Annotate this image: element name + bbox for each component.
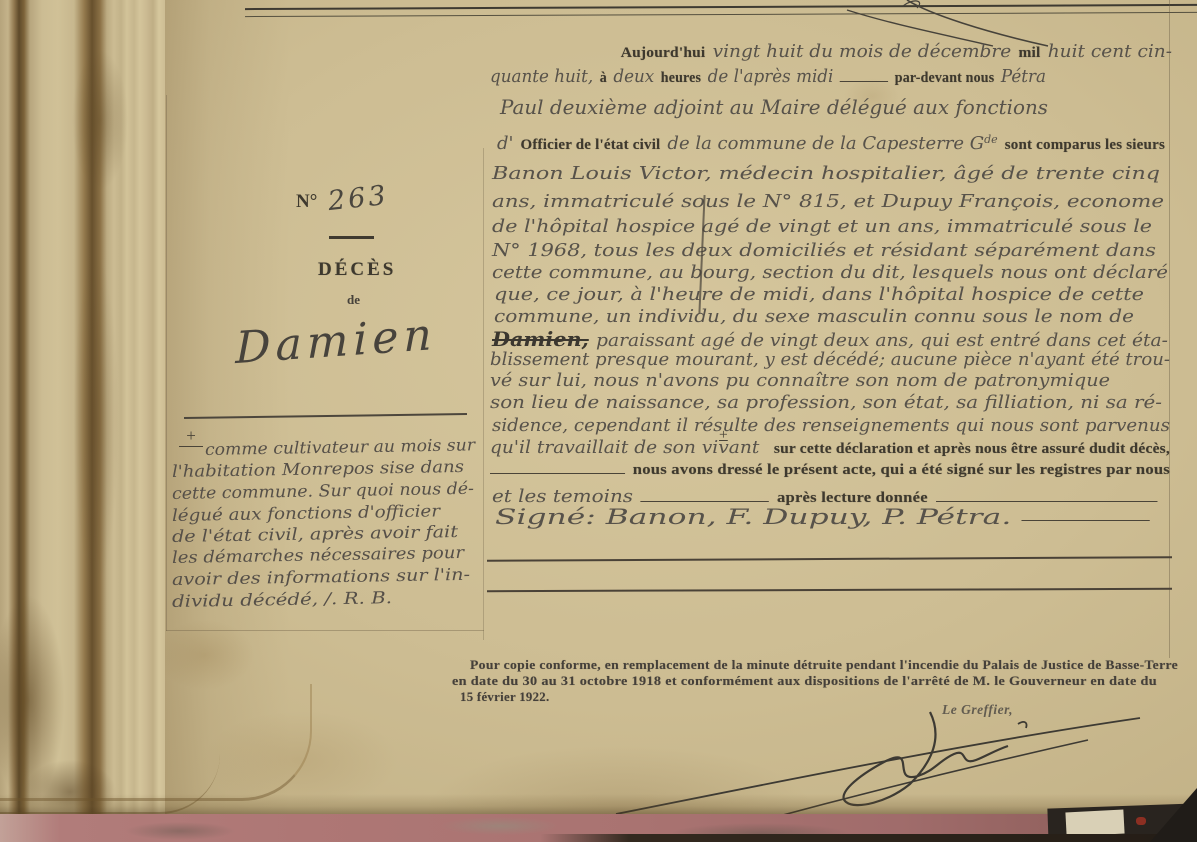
handwritten-text: ans, immatriculé sous le N° 815, et Dupu… — [492, 191, 1164, 212]
certification-line: en date du 30 au 31 octobre 1918 et conf… — [452, 674, 1157, 689]
bottom-dark-strip — [540, 834, 1197, 842]
act-line: blissement presque mourant, y est décédé… — [490, 349, 1170, 370]
blank-line — [840, 81, 888, 82]
closing-rule — [487, 588, 1172, 592]
margin-note-line: cette commune. Sur quoi nous dé- — [172, 479, 474, 503]
handwritten-text: huit cent cin- — [1048, 41, 1172, 62]
act-line: quante huit, à deux heures de l'après mi… — [490, 66, 1046, 87]
printed-text: Officier de l'état civil — [520, 137, 660, 154]
closing-rule — [487, 556, 1172, 562]
handwritten-text: vingt huit du mois de décembre — [713, 41, 1012, 62]
margin-box-bottom-line — [166, 630, 484, 631]
record-number-value: 263 — [327, 180, 390, 217]
greffier-title: Le Greffier, — [942, 702, 1013, 718]
handwritten-text: quante huit, — [490, 66, 593, 87]
printed-text: mil — [1018, 45, 1040, 62]
act-line: de l'hôpital hospice agé de vingt et un … — [492, 216, 1152, 237]
handwritten-text: commune, un individu, du sexe masculin c… — [494, 306, 1134, 327]
blank-line — [936, 501, 1157, 502]
margin-note-line: de l'état civil, après avoir fait — [172, 522, 458, 546]
handwritten-text: deux — [613, 66, 654, 87]
margin-note-line: dividu décédé, /. R. B. — [172, 588, 392, 611]
insertion-mark: + — [179, 426, 203, 447]
handwritten-text: sidence, cependant il résulte des rensei… — [492, 415, 1170, 436]
handwritten-text: Pétra — [1001, 66, 1046, 87]
handwritten-text: cette commune, au bourg, section du dit,… — [492, 262, 1168, 283]
act-line: qu'il travaillait de son vivant + sur ce… — [490, 437, 1170, 458]
act-line: que, ce jour, à l'heure de midi, dans l'… — [494, 284, 1144, 305]
act-type-sub: de — [347, 292, 360, 308]
margin-note-line: l'habitation Monrepos sise dans — [172, 457, 464, 481]
printed-text: nous avons dressé le présent acte, qui a… — [633, 462, 1170, 479]
printed-text: sont comparus les sieurs — [1005, 137, 1165, 154]
binding-cloth-patch — [1065, 809, 1124, 836]
handwritten-text: blissement presque mourant, y est décédé… — [490, 349, 1170, 370]
handwritten-text: et les temoins — [492, 486, 633, 507]
act-line: commune, un individu, du sexe masculin c… — [494, 306, 1134, 327]
printed-text: sur cette déclaration et après nous être… — [774, 441, 1170, 458]
act-line: Signé: Banon, F. Dupuy, P. Pétra. — [495, 505, 1150, 529]
handwritten-text: que, ce jour, à l'heure de midi, dans l'… — [494, 284, 1144, 305]
handwritten-text: paraissant agé de vingt deux ans, qui es… — [596, 330, 1168, 351]
margin-column-line-right — [483, 148, 484, 640]
act-line: et les temoins après lecture donnée — [492, 486, 1157, 507]
act-line: Aujourd'hui vingt huit du mois de décemb… — [490, 41, 1172, 62]
number-rule — [329, 236, 374, 239]
handwritten-text: N° 1968, tous les deux domiciliés et rés… — [492, 240, 1156, 261]
act-line: cette commune, au bourg, section du dit,… — [492, 262, 1168, 283]
page-bottom-edge — [0, 794, 1197, 816]
blank-line — [490, 473, 625, 474]
handwritten-text: Banon Louis Victor, médecin hospitalier,… — [492, 163, 1160, 184]
margin-note-line: les démarches nécessaires pour — [172, 543, 464, 567]
act-line: N° 1968, tous les deux domiciliés et rés… — [492, 240, 1156, 261]
previous-act-closing-rule — [245, 4, 1197, 17]
act-line: d' Officier de l'état civil de la commun… — [497, 133, 1165, 154]
printed-text: par-devant nous — [895, 70, 995, 87]
act-line: Damien, paraissant agé de vingt deux ans… — [492, 327, 1168, 351]
printed-text: à — [600, 70, 607, 87]
act-line: son lieu de naissance, sa profession, so… — [490, 392, 1162, 413]
register-page-scan: N° 263 DÉCÈS de Damien + comme cultivate… — [0, 0, 1197, 842]
certification-line: 15 février 1922. — [460, 690, 550, 705]
act-line: vé sur lui, nous n'avons pu connaître so… — [490, 370, 1110, 391]
handwritten-text: d' — [497, 133, 513, 154]
act-line: ans, immatriculé sous le N° 815, et Dupu… — [492, 191, 1164, 212]
act-line: sidence, cependant il résulte des rensei… — [492, 415, 1170, 436]
superscript: de — [984, 133, 998, 146]
printed-text: Aujourd'hui — [621, 45, 706, 62]
handwritten-text: de l'après midi — [708, 66, 834, 87]
certification-line: Pour copie conforme, en remplacement de … — [470, 658, 1178, 673]
signatures-line: Signé: Banon, F. Dupuy, P. Pétra. — [495, 505, 1011, 529]
handwritten-text: de l'hôpital hospice agé de vingt et un … — [492, 216, 1152, 237]
name-underline — [184, 413, 467, 419]
right-margin-line — [1169, 0, 1170, 658]
printed-text: heures — [661, 70, 701, 87]
binding-red-speck — [1136, 817, 1146, 825]
deceased-name-inline: Damien, — [492, 327, 589, 351]
act-line: Banon Louis Victor, médecin hospitalier,… — [492, 163, 1160, 184]
handwritten-text: de la commune de la Capesterre Gde — [667, 133, 997, 154]
blank-line — [641, 501, 769, 502]
act-line: Paul deuxième adjoint au Maire délégué a… — [500, 95, 1048, 119]
handwritten-text: son lieu de naissance, sa profession, so… — [490, 392, 1162, 413]
margin-note-line: légué aux fonctions d'officier — [172, 501, 440, 525]
blank-line — [1022, 520, 1150, 521]
handwritten-text: Paul deuxième adjoint au Maire délégué a… — [500, 95, 1048, 119]
deceased-name: Damien — [198, 306, 473, 376]
record-number-label: N° — [296, 191, 317, 213]
margin-note-line: avoir des informations sur l'in- — [172, 565, 470, 589]
handwritten-text: vé sur lui, nous n'avons pu connaître so… — [490, 370, 1110, 391]
margin-column-line-left — [166, 95, 167, 631]
act-line: nous avons dressé le présent acte, qui a… — [490, 462, 1170, 479]
act-type-title: DÉCÈS — [318, 259, 396, 281]
margin-note-line: comme cultivateur au mois sur — [205, 435, 475, 459]
